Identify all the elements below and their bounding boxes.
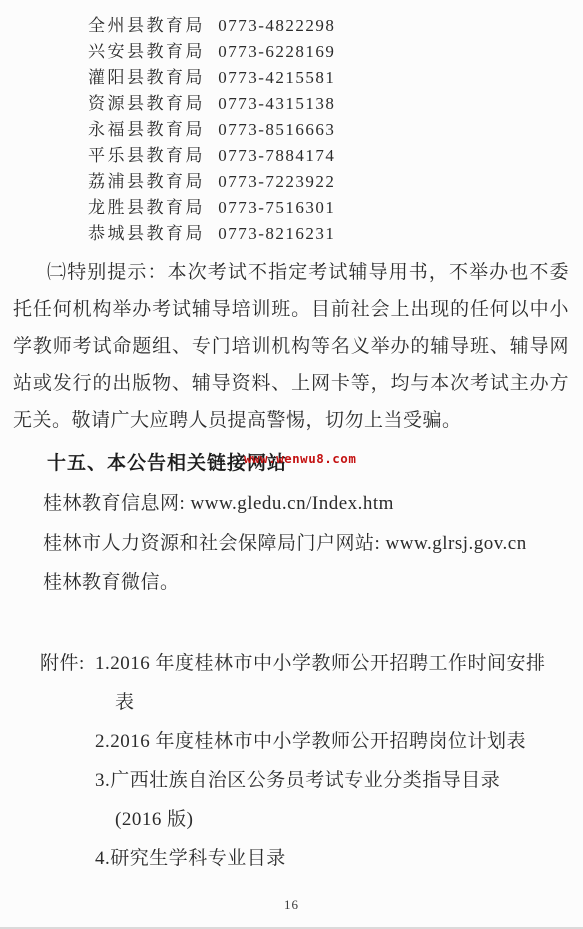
bureau-name: 灌阳县教育局 (88, 68, 205, 87)
special-notice-paragraph: ㈡特别提示：本次考试不指定考试辅导用书，不举办也不委 托任何机构举办考试辅导培训… (13, 254, 569, 439)
bureau-name: 永福县教育局 (88, 120, 205, 139)
bureau-name: 资源县教育局 (88, 94, 205, 113)
bureau-phone: 0773-4822298 (218, 16, 335, 35)
contact-row: 荔浦县教育局 0773-7223922 (88, 169, 583, 195)
bureau-name: 荔浦县教育局 (88, 172, 205, 191)
page-number: 16 (0, 897, 583, 913)
bureau-phone: 0773-7223922 (218, 172, 335, 191)
contact-row: 兴安县教育局 0773-6228169 (88, 39, 583, 65)
related-links: 桂林教育信息网: www.gledu.cn/Index.htm 桂林市人力资源和… (0, 484, 583, 603)
attachment-line-continuation: (2016 版) (95, 800, 546, 839)
scanned-document-page: 全州县教育局 0773-4822298 兴安县教育局 0773-6228169 … (0, 0, 583, 929)
attachment-line: 3.广西壮族自治区公务员考试专业分类指导目录 (95, 761, 546, 800)
contact-row: 龙胜县教育局 0773-7516301 (88, 195, 583, 221)
link-line-gledu: 桂林教育信息网: www.gledu.cn/Index.htm (0, 484, 583, 524)
attachments: 附件: 1.2016 年度桂林市中小学教师公开招聘工作时间安排 表 2.2016… (40, 644, 569, 878)
bureau-phone: 0773-8216231 (218, 224, 335, 243)
bureau-name: 龙胜县教育局 (88, 198, 205, 217)
bureau-name: 全州县教育局 (88, 16, 205, 35)
watermark-text: www.wenwu8.com (244, 451, 356, 466)
contact-row: 永福县教育局 0773-8516663 (88, 117, 583, 143)
link-line-wechat: 桂林教育微信。 (0, 563, 583, 603)
contact-row: 恭城县教育局 0773-8216231 (88, 221, 583, 247)
bureau-name: 平乐县教育局 (88, 146, 205, 165)
bureau-phone: 0773-4215581 (218, 68, 335, 87)
link-line-glrsj: 桂林市人力资源和社会保障局门户网站: www.glrsj.gov.cn (0, 524, 583, 564)
attachments-list: 1.2016 年度桂林市中小学教师公开招聘工作时间安排 表 2.2016 年度桂… (95, 644, 546, 878)
notice-line: 学教师考试命题组、专门培训机构等名义举办的辅导班、辅导网 (13, 328, 569, 365)
attachment-line: 2.2016 年度桂林市中小学教师公开招聘岗位计划表 (95, 722, 546, 761)
bureau-phone: 0773-8516663 (218, 120, 335, 139)
contact-row: 全州县教育局 0773-4822298 (88, 13, 583, 39)
notice-line: 托任何机构举办考试辅导培训班。目前社会上出现的任何以中小 (13, 291, 569, 328)
attachments-label: 附件: (40, 644, 95, 878)
notice-line: 站或发行的出版物、辅导资料、上网卡等，均与本次考试主办方 (13, 365, 569, 402)
notice-line: 无关。敬请广大应聘人员提高警惕，切勿上当受骗。 (13, 402, 569, 439)
bureau-phone: 0773-6228169 (218, 42, 335, 61)
phone-directory: 全州县教育局 0773-4822298 兴安县教育局 0773-6228169 … (0, 0, 583, 247)
contact-row: 资源县教育局 0773-4315138 (88, 91, 583, 117)
notice-line: ㈡特别提示：本次考试不指定考试辅导用书，不举办也不委 (13, 254, 569, 291)
contact-row: 平乐县教育局 0773-7884174 (88, 143, 583, 169)
attachment-line: 1.2016 年度桂林市中小学教师公开招聘工作时间安排 (95, 644, 546, 683)
attachment-line-continuation: 表 (95, 683, 546, 722)
bureau-name: 兴安县教育局 (88, 42, 205, 61)
bureau-phone: 0773-4315138 (218, 94, 335, 113)
bureau-phone: 0773-7516301 (218, 198, 335, 217)
bureau-phone: 0773-7884174 (218, 146, 335, 165)
bureau-name: 恭城县教育局 (88, 224, 205, 243)
attachment-line: 4.研究生学科专业目录 (95, 839, 546, 878)
contact-row: 灌阳县教育局 0773-4215581 (88, 65, 583, 91)
